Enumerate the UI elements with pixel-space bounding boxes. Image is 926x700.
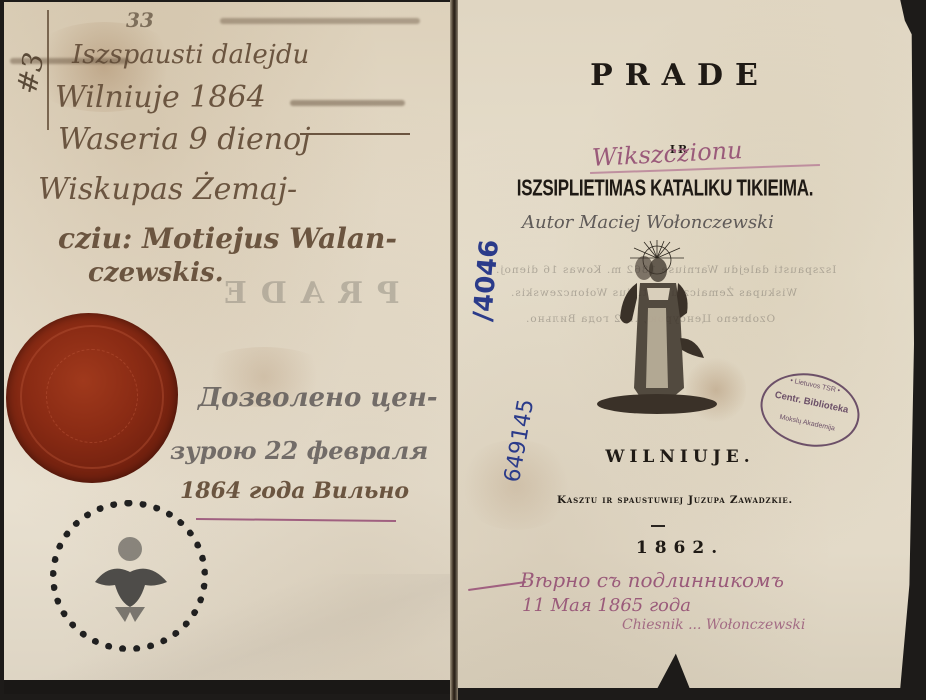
page-edge-shadow xyxy=(4,680,454,694)
book-spread: PRADE #3 33 Iszspausti dalejdu Wilniuje … xyxy=(0,0,926,700)
imprint-rule xyxy=(651,525,665,527)
margin-line xyxy=(47,10,49,130)
imprint-year: 1862. xyxy=(530,538,830,558)
handwriting-line-1: Iszspausti dalejdu xyxy=(72,40,309,70)
imprint-city: WILNIUJE. xyxy=(530,447,830,467)
imprint-printer: Kasztu ir spaustuwiej Juzupa Zawadzkie. xyxy=(490,494,860,506)
book-gutter xyxy=(450,0,458,700)
struck-out-line xyxy=(220,18,420,24)
ink-line xyxy=(300,133,410,135)
seal-emblem xyxy=(46,349,138,443)
woodcut-illustration xyxy=(592,238,722,420)
handwriting-line-5: cziu: Motiejus Walan- xyxy=(58,222,397,255)
handwriting-line-4: Wiskupas Żemaj- xyxy=(38,172,297,207)
eagle-emblem-icon xyxy=(85,527,175,627)
handwriting-line-3: Waseria 9 dienoj xyxy=(58,122,310,157)
handwriting-line-6: czewskis. xyxy=(88,258,224,288)
cyrillic-line-1: Дозволено цен- xyxy=(198,383,438,413)
top-number: 33 xyxy=(126,8,154,32)
strike-mark xyxy=(290,100,405,106)
bleed-through-title: PRADE xyxy=(210,276,400,311)
book-title: PRADE xyxy=(530,58,830,93)
handwritten-author: Autor Maciej Wołonczewski xyxy=(522,212,774,233)
cyrillic-note-3: Chiesnik ... Wołonczewski xyxy=(622,617,805,633)
wax-seal xyxy=(6,313,178,483)
handwriting-line-2: Wilniuje 1864 xyxy=(55,80,266,115)
ink-stamp xyxy=(50,500,208,652)
halo-rays xyxy=(630,240,684,258)
strike-mark xyxy=(10,58,130,64)
cyrillic-note-1: Вѣрно съ подлинникомъ xyxy=(520,568,784,592)
book-subtitle: ISZSIPLIETIMAS KATALIKU TIKIEIMA. xyxy=(480,175,850,202)
cyrillic-line-3: 1864 года Вильно xyxy=(180,478,409,504)
cyrillic-line-2: зурою 22 февраля xyxy=(170,436,428,465)
cyrillic-note-2: 11 Мая 1865 года xyxy=(522,595,691,616)
